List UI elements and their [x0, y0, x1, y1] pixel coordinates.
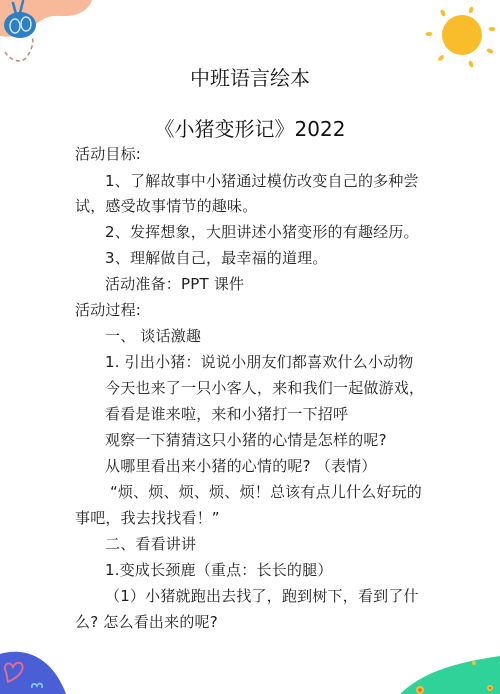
text-line: 活动目标:: [75, 143, 141, 164]
document-title: 中班语言绘本: [0, 62, 500, 91]
text-line: （1）小猪就跑出去找了，跑到树下，看到了什: [105, 585, 419, 606]
text-line: 3、理解做自己，最幸福的道理。: [105, 247, 328, 268]
text-line: 事吧，我去找找看！”: [75, 507, 220, 528]
text-line: 2、发挥想象，大胆讲述小猪变形的有趣经历。: [105, 221, 419, 242]
text-line: 么? 怎么看出来的呢?: [75, 611, 218, 632]
hearts-blob-icon: [0, 640, 80, 694]
text-line: “烦、烦、烦、烦、烦！总该有点儿什么好玩的: [110, 481, 422, 502]
document-subtitle: 《小猪变形记》2022: [0, 113, 500, 142]
text-line: 看看是谁来啦，来和小猪打一下招呼: [105, 403, 348, 424]
text-line: 1、了解故事中小猪通过模仿改变自己的多种尝: [105, 170, 419, 191]
flowers-hill-icon: [380, 640, 500, 694]
text-line: 今天也来了一只小客人，来和我们一起做游戏，: [105, 377, 424, 398]
text-line: 试，感受故事情节的趣味。: [75, 195, 257, 216]
text-line: 活动过程:: [75, 299, 141, 320]
text-line: 1. 引出小猪：说说小朋友们都喜欢什么小动物: [105, 351, 413, 372]
text-line: 1.变成长颈鹿（重点：长长的腿）: [105, 559, 333, 580]
text-line: 二、看看讲讲: [105, 533, 196, 554]
text-line: 一、 谈话激趣: [105, 325, 201, 346]
text-line: 从哪里看出来小猪的心情的呢? （表情）: [105, 455, 377, 476]
text-line: 观察一下猜猜这只小猪的心情是怎样的呢?: [105, 429, 387, 450]
text-line: 活动准备：PPT 课件: [105, 273, 244, 294]
